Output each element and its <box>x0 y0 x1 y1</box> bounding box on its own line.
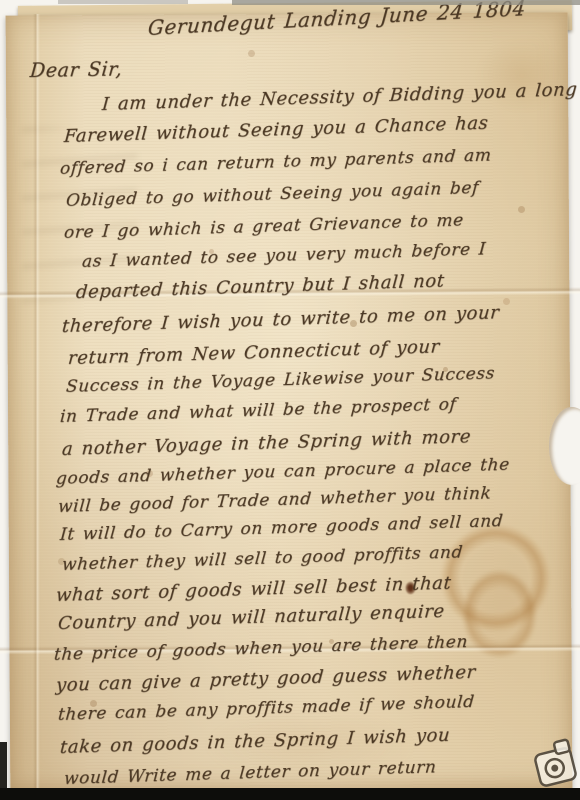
letter-line: return from New Connecticut of your <box>67 336 440 369</box>
handwritten-text: Gerundegut Landing June 24 1804 Dear Sir… <box>0 0 580 800</box>
letter-line: what sort of goods will sell best in tha… <box>55 573 452 606</box>
letter-line: whether they will sell to good proffits … <box>61 542 463 575</box>
letter-line: goods and whether you can procure a plac… <box>55 455 510 489</box>
letter-dateline: Gerundegut Landing June 24 1804 <box>147 0 527 40</box>
letter-line: ore I go which is a great Grievance to m… <box>63 210 464 243</box>
letter-line: there can be any proffits made if we sho… <box>57 692 475 725</box>
photo-edge-bar <box>0 788 580 800</box>
photo-edge-strip <box>232 0 580 5</box>
letter-line: I am under the Necessity of Bidding you … <box>101 79 578 115</box>
letter-line: the price of goods when you are there th… <box>53 632 469 665</box>
letter-line: would Write me a letter on your return <box>63 757 437 789</box>
letter-line: offered so i can return to my parents an… <box>59 145 492 179</box>
letter-line: It will do to Carry on more goods and se… <box>59 511 504 545</box>
letter-line: a nother Voyage in the Spring with more <box>61 426 472 460</box>
letter-line: take on goods in the Spring I wish you <box>59 725 451 758</box>
letter-line: therefore I wish you to write to me on y… <box>61 302 500 337</box>
letter-salutation: Dear Sir, <box>29 58 123 82</box>
letter-line: Obliged to go without Seeing you again b… <box>65 178 479 211</box>
letter-line: as I wanted to see you very much before … <box>81 239 487 272</box>
letter-line: Farewell without Seeing you a Chance has <box>63 113 489 147</box>
photo-edge-corner <box>0 742 7 788</box>
letter-line: you can give a pretty good guess whether <box>55 662 476 696</box>
letter-line: will be good for Trade and whether you t… <box>57 483 492 517</box>
letter-line: in Trade and what will be the prospect o… <box>59 395 457 428</box>
photo-edge-strip <box>58 0 188 4</box>
letter-line: Success in the Voyage Likewise your Succ… <box>65 363 495 397</box>
letter-line: Country and you will naturally enquire <box>57 601 445 634</box>
letter-photo: Gerundegut Landing June 24 1804 Dear Sir… <box>0 0 580 800</box>
letter-line: departed this Country but I shall not <box>75 270 445 303</box>
